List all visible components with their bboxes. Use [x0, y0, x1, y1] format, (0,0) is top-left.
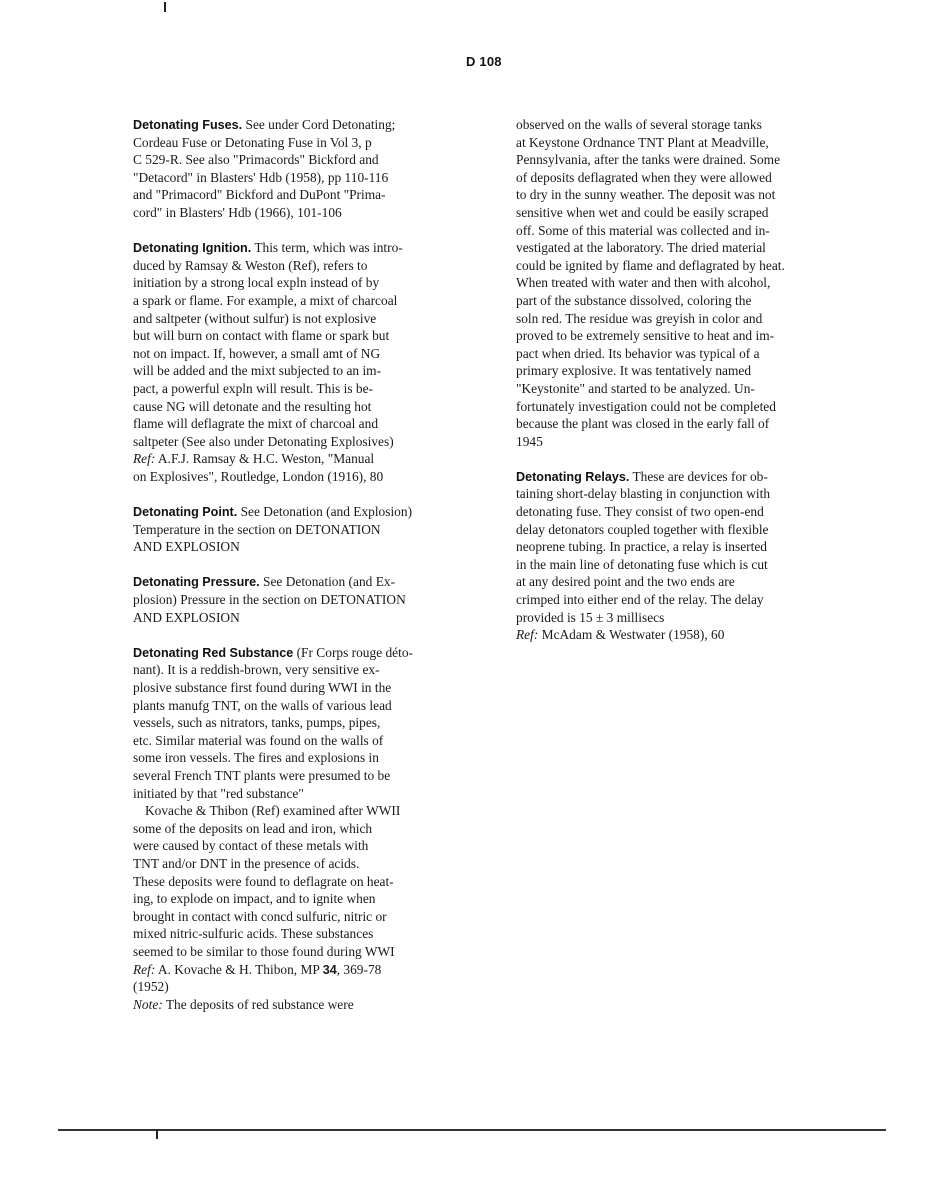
entry-detonating-point: Detonating Point. See Detonation (and Ex… [133, 503, 473, 556]
red-substance-continuation: observed on the walls of several storage… [516, 116, 866, 450]
entry-heading: Detonating Red Substance [133, 646, 293, 660]
reference: Ref: A.F.J. Ramsay & H.C. Weston, "Manua… [133, 450, 473, 468]
ref-label: Ref: [516, 627, 538, 642]
ref-label: Ref: [133, 451, 155, 466]
ref-label: Ref: [133, 962, 155, 977]
entry-detonating-red-substance: Detonating Red Substance (Fr Corps rouge… [133, 644, 473, 1013]
page-number: D 108 [466, 54, 502, 69]
entry-detonating-ignition: Detonating Ignition. This term, which wa… [133, 239, 473, 485]
entry-heading: Detonating Ignition. [133, 241, 251, 255]
footer-rule [58, 1129, 886, 1131]
entry-heading: Detonating Pressure. [133, 575, 260, 589]
entry-detonating-fuses: Detonating Fuses. See under Cord Detonat… [133, 116, 473, 222]
entry-detonating-relays: Detonating Relays. These are devices for… [516, 468, 866, 644]
note: Note: The deposits of red substance were [133, 996, 473, 1014]
reference: Ref: McAdam & Westwater (1958), 60 [516, 626, 866, 644]
scan-mark [164, 2, 166, 12]
left-column: Detonating Fuses. See under Cord Detonat… [133, 116, 473, 1013]
entry-heading: Detonating Fuses. [133, 118, 242, 132]
note-label: Note: [133, 997, 163, 1012]
right-column: observed on the walls of several storage… [516, 116, 866, 644]
entry-detonating-pressure: Detonating Pressure. See Detonation (and… [133, 573, 473, 626]
entry-heading: Detonating Point. [133, 505, 237, 519]
reference: Ref: A. Kovache & H. Thibon, MP 34, 369-… [133, 961, 473, 979]
footer-tick-mark [156, 1129, 158, 1139]
entry-heading: Detonating Relays. [516, 470, 629, 484]
